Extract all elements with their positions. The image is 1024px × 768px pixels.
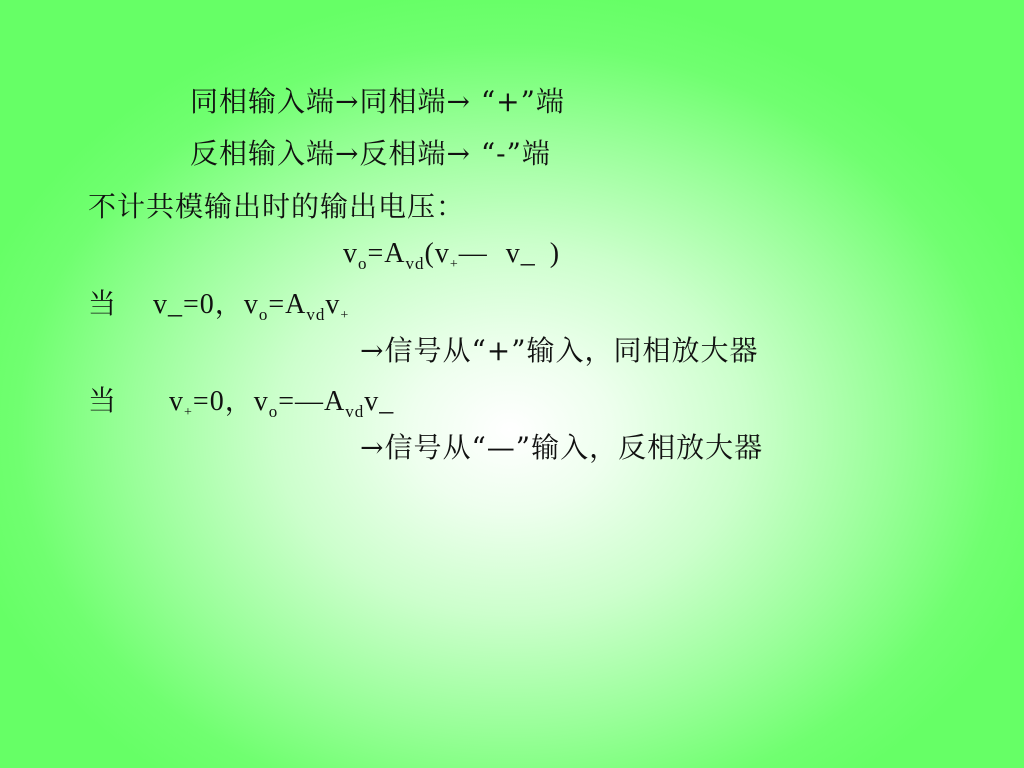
case1-cond-sub: _ [168, 289, 183, 320]
output-voltage-heading: 不计共模输出时的输出电压： [88, 189, 465, 225]
case2-condition: 当v+=0，vo=—Avdv_ [88, 384, 394, 420]
case1-res-eq: =A [268, 289, 306, 320]
case2-res-o: o [269, 402, 279, 421]
case2-cond-sub: + [184, 405, 193, 420]
case2-cond-rest: =0， [193, 386, 254, 417]
case1-res-o: o [259, 305, 269, 324]
case2-res-eq: =—A [278, 386, 345, 417]
case1-cond-v: v [153, 289, 168, 320]
formula-v: v [343, 238, 358, 269]
case1-res-plus: + [340, 308, 349, 323]
inverting-terminal-line: 反相输入端→反相端→ “-”端 [190, 136, 551, 172]
formula-sub-vd: vd [406, 254, 425, 273]
slide: 同相输入端→同相端→ “+”端 反相输入端→反相端→ “-”端 不计共模输出时的… [0, 0, 1024, 768]
case2-res-minus: _ [379, 386, 394, 417]
formula-open: (v [425, 238, 450, 269]
case2-res-v: v [254, 386, 269, 417]
case2-cond-v: v [169, 386, 184, 417]
formula-minus-op: — [459, 238, 488, 269]
case2-when: 当 [88, 386, 117, 417]
case1-res-v: v [244, 289, 259, 320]
formula-v2: v [506, 238, 521, 269]
case1-condition: 当v_=0，vo=Avdv+ [88, 287, 349, 323]
case2-res-vd: vd [345, 402, 364, 421]
formula-eq: = [368, 238, 385, 269]
case1-res-v2: v [325, 289, 340, 320]
formula-sub-plus: + [450, 257, 459, 272]
formula-sub-o: o [358, 254, 368, 273]
formula-sub-minus: _ [521, 238, 536, 269]
case2-conclusion: →信号从“—”输入，反相放大器 [360, 430, 763, 466]
case1-res-vd: vd [306, 305, 325, 324]
case2-res-v2: v [364, 386, 379, 417]
noninverting-terminal-line: 同相输入端→同相端→ “+”端 [190, 84, 565, 120]
case1-conclusion: →信号从“+”输入，同相放大器 [360, 333, 759, 369]
case1-cond-rest: =0， [183, 289, 244, 320]
formula-A: A [384, 238, 405, 269]
formula-close: ) [550, 238, 560, 269]
output-voltage-formula: vo=Avd(v+—v_) [343, 236, 560, 272]
case1-when: 当 [88, 289, 117, 320]
